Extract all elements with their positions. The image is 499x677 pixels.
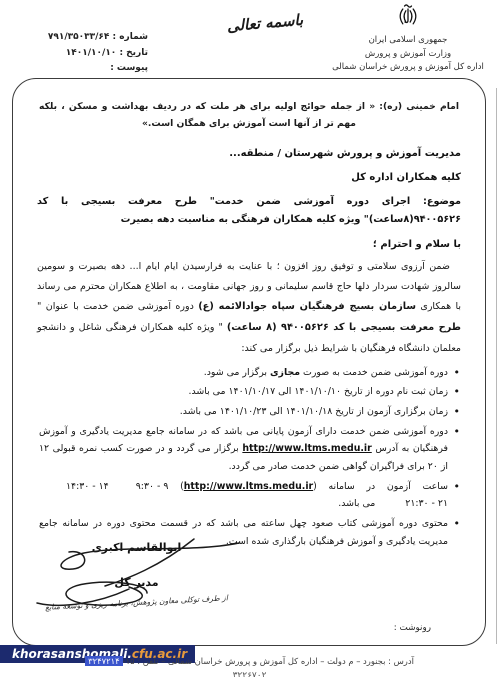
letter-date-value: ۱۴۰۱/۱۰/۱۰	[66, 48, 117, 58]
list-item-exam-hours: ساعت آزمون در سامانه (http://www.ltms.me…	[39, 478, 461, 513]
org-line-department: اداره کل آموزش و پرورش خراسان شمالی	[323, 61, 493, 75]
main-paragraph: ضمن آرزوی سلامتی و توفیق روز افزون ؛ با …	[37, 257, 461, 359]
footer-address: آدرس : بجنورد – م دولت – اداره کل آموزش …	[0, 656, 499, 666]
signer-name: ابوالقاسم اکبری	[29, 541, 244, 554]
iran-emblem-icon	[395, 2, 421, 30]
recipient-line-district: مدیریت آموزش و پرورش شهرستان / منطقه...	[37, 148, 461, 159]
address-text: آدرس : بجنورد – م دولت – اداره کل آموزش …	[123, 656, 414, 666]
salutation-line: با سلام و احترام ؛	[37, 239, 461, 250]
paragraph-text: دوره آموزشی ضمن خدمت با عنوان "	[37, 301, 198, 312]
recipient-line-colleagues: کلیه همکاران اداره کل	[37, 172, 461, 183]
conditions-list: دوره آموزشی ضمن خدمت به صورت مجازی برگزا…	[37, 364, 461, 551]
besmele-calligraphy: باسمه تعالی	[202, 9, 327, 38]
letter-number-label: شماره :	[113, 32, 149, 42]
letter-attachment-label: پیوست :	[110, 63, 148, 73]
virtual-bold: مجازی	[270, 367, 300, 378]
bullet-text: )	[168, 481, 183, 492]
org-line-country: جمهوری اسلامی ایران	[323, 34, 493, 48]
letter-meta-block: شماره : ۷۹۱/۳۵۰۳۳/۶۴ تاریخ : ۱۴۰۱/۱۰/۱۰ …	[10, 30, 148, 77]
bullet-text: زمان برگزاری آزمون از تاریخ ۱۴۰۱/۱۰/۱۸ ا…	[180, 406, 448, 417]
imam-quote: امام خمینی (ره): « از جمله حوائج اولیه ب…	[39, 98, 459, 133]
letter-number-value: ۷۹۱/۳۵۰۳۳/۶۴	[48, 32, 110, 42]
letterhead-org-block: جمهوری اسلامی ایران وزارت آموزش و پرورش …	[323, 2, 493, 75]
bullet-text: زمان ثبت نام دوره از تاریخ ۱۴۰۱/۱۰/۱۰ ال…	[188, 386, 448, 397]
scan-edge-line	[496, 88, 497, 644]
phone-highlight: ۳۲۴۷۲۱۴	[85, 656, 123, 666]
list-item-virtual: دوره آموزشی ضمن خدمت به صورت مجازی برگزا…	[39, 364, 461, 382]
bullet-text: ساعت آزمون در سامانه (	[313, 481, 448, 492]
org-line-ministry: وزارت آموزش و پرورش	[323, 48, 493, 62]
subject-line: موضوع: اجرای دوره آموزشی ضمن خدمت" طرح م…	[37, 193, 461, 230]
exam-time-slot-1: ۹:۳۰ - ۹	[136, 478, 169, 496]
footer-phone2: ۳۲۲۶۷۰۲	[0, 671, 499, 677]
bullet-text: برگزار می شود.	[204, 367, 270, 378]
ltms-link[interactable]: http://www.ltms.medu.ir	[184, 478, 313, 496]
exam-time-slot-3: ۲۱:۳۰ - ۲۱	[405, 495, 448, 513]
letter-date-row: تاریخ : ۱۴۰۱/۱۰/۱۰	[10, 46, 148, 62]
signer-title: مدیر کل	[29, 576, 244, 589]
cc-label: رونوشت :	[394, 623, 431, 633]
list-item-final-exam: دوره آموزشی ضمن خدمت دارای آزمون پایانی …	[39, 423, 461, 476]
bullet-text: می باشد.	[338, 498, 375, 509]
letter-date-label: تاریخ :	[119, 48, 148, 58]
letter-attachment-row: پیوست :	[10, 61, 148, 77]
scanned-letter-page: جمهوری اسلامی ایران وزارت آموزش و پرورش …	[0, 0, 499, 677]
course-title-bold: طرح معرفت بسیجی با کد ۹۴۰۰۵۶۲۶ (۸ ساعت)	[227, 322, 461, 333]
bullet-text: دوره آموزشی ضمن خدمت به صورت	[300, 367, 448, 378]
letter-body-frame: امام خمینی (ره): « از جمله حوائج اولیه ب…	[12, 78, 486, 646]
letter-number-row: شماره : ۷۹۱/۳۵۰۳۳/۶۴	[10, 30, 148, 46]
on-behalf-note: از طرف توکلی معاون پژوهش، برنامه ریزی و …	[29, 592, 244, 612]
signature-block: ابوالقاسم اکبری مدیر کل از طرف توکلی معا…	[29, 537, 244, 642]
list-item-registration-dates: زمان ثبت نام دوره از تاریخ ۱۴۰۱/۱۰/۱۰ ال…	[39, 383, 461, 401]
exam-time-slot-2: ۱۴:۳۰ - ۱۴	[66, 478, 109, 496]
basij-org-bold: سازمان بسیج فرهنگیان سپاه جوادالائمه (ع)	[198, 301, 416, 312]
ltms-link[interactable]: http://www.ltms.medu.ir	[242, 440, 371, 458]
list-item-exam-dates: زمان برگزاری آزمون از تاریخ ۱۴۰۱/۱۰/۱۸ ا…	[39, 403, 461, 421]
